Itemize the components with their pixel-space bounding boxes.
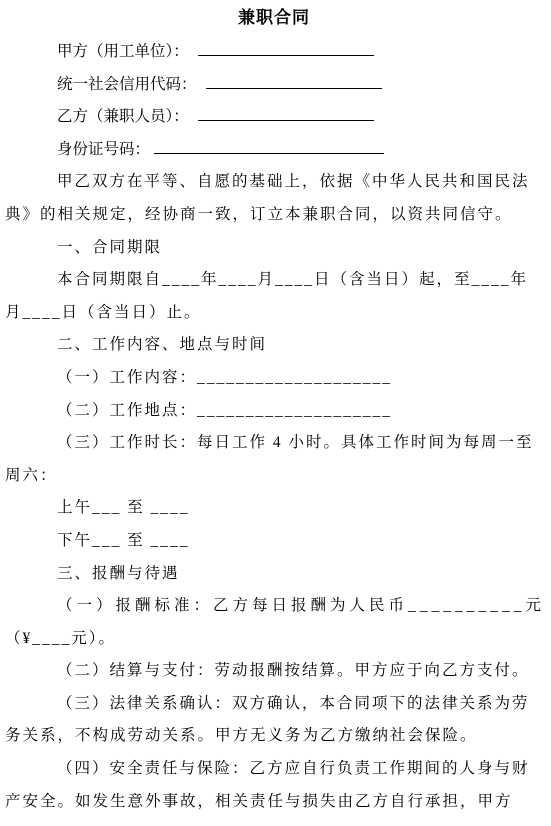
contract-line: 月____日（含当日）止。 [5, 297, 543, 330]
field-id-number-blank[interactable] [154, 136, 384, 154]
contract-line: 产安全。如发生意外事故，相关责任与损失由乙方自行承担，甲方 [5, 786, 543, 819]
contract-line: 一、合同期限 [5, 232, 543, 265]
field-credit-code-label: 统一社会信用代码： [57, 76, 197, 93]
contract-line: 下午___ 至 ____ [5, 525, 543, 558]
contract-line: 三、报酬与待遇 [5, 558, 543, 591]
contract-line: 二、工作内容、地点与时间 [5, 329, 543, 362]
contract-line: 甲乙双方在平等、自愿的基础上，依据《中华人民共和国民法 [5, 166, 543, 199]
contract-line: 上午___ 至 ____ [5, 492, 543, 525]
contract-line: （二）工作地点：____________________ [5, 395, 543, 428]
contract-line: （三）工作时长：每日工作 4 小时。具体工作时间为每周一至 [5, 427, 543, 460]
field-credit-code: 统一社会信用代码： [5, 69, 543, 102]
field-id-number: 身份证号码： [5, 134, 543, 167]
field-credit-code-blank[interactable] [206, 71, 382, 89]
field-party-b-blank[interactable] [198, 103, 374, 121]
field-party-a: 甲方（用工单位）： [5, 36, 543, 69]
contract-line: 周六： [5, 460, 543, 493]
contract-line: （一）工作内容：____________________ [5, 362, 543, 395]
contract-line: （二）结算与支付：劳动报酬按结算。甲方应于向乙方支付。 [5, 655, 543, 688]
contract-line: （三）法律关系确认：双方确认，本合同项下的法律关系为劳 [5, 688, 543, 721]
field-party-a-blank[interactable] [198, 38, 374, 56]
contract-line: 务关系，不构成劳动关系。甲方无义务为乙方缴纳社会保险。 [5, 720, 543, 753]
field-party-b-label: 乙方（兼职人员）： [57, 108, 189, 125]
contract-line: （一）报酬标准：乙方每日报酬为人民币__________元 [5, 590, 543, 623]
contract-line: （¥____元）。 [5, 623, 543, 656]
contract-line: （四）安全责任与保险：乙方应自行负责工作期间的人身与财 [5, 753, 543, 786]
page-title: 兼职合同 [5, 3, 543, 36]
field-id-number-label: 身份证号码： [57, 141, 150, 158]
contract-line: 本合同期限自____年____月____日（含当日）起，至____年 [5, 264, 543, 297]
field-party-a-label: 甲方（用工单位）： [57, 43, 189, 60]
field-party-b: 乙方（兼职人员）： [5, 101, 543, 134]
contract-page: 兼职合同 甲方（用工单位）： 统一社会信用代码： 乙方（兼职人员）： 身份证号码… [0, 0, 551, 826]
contract-line: 典》的相关规定，经协商一致，订立本兼职合同，以资共同信守。 [5, 199, 543, 232]
contract-body: 甲乙双方在平等、自愿的基础上，依据《中华人民共和国民法典》的相关规定，经协商一致… [5, 166, 543, 818]
